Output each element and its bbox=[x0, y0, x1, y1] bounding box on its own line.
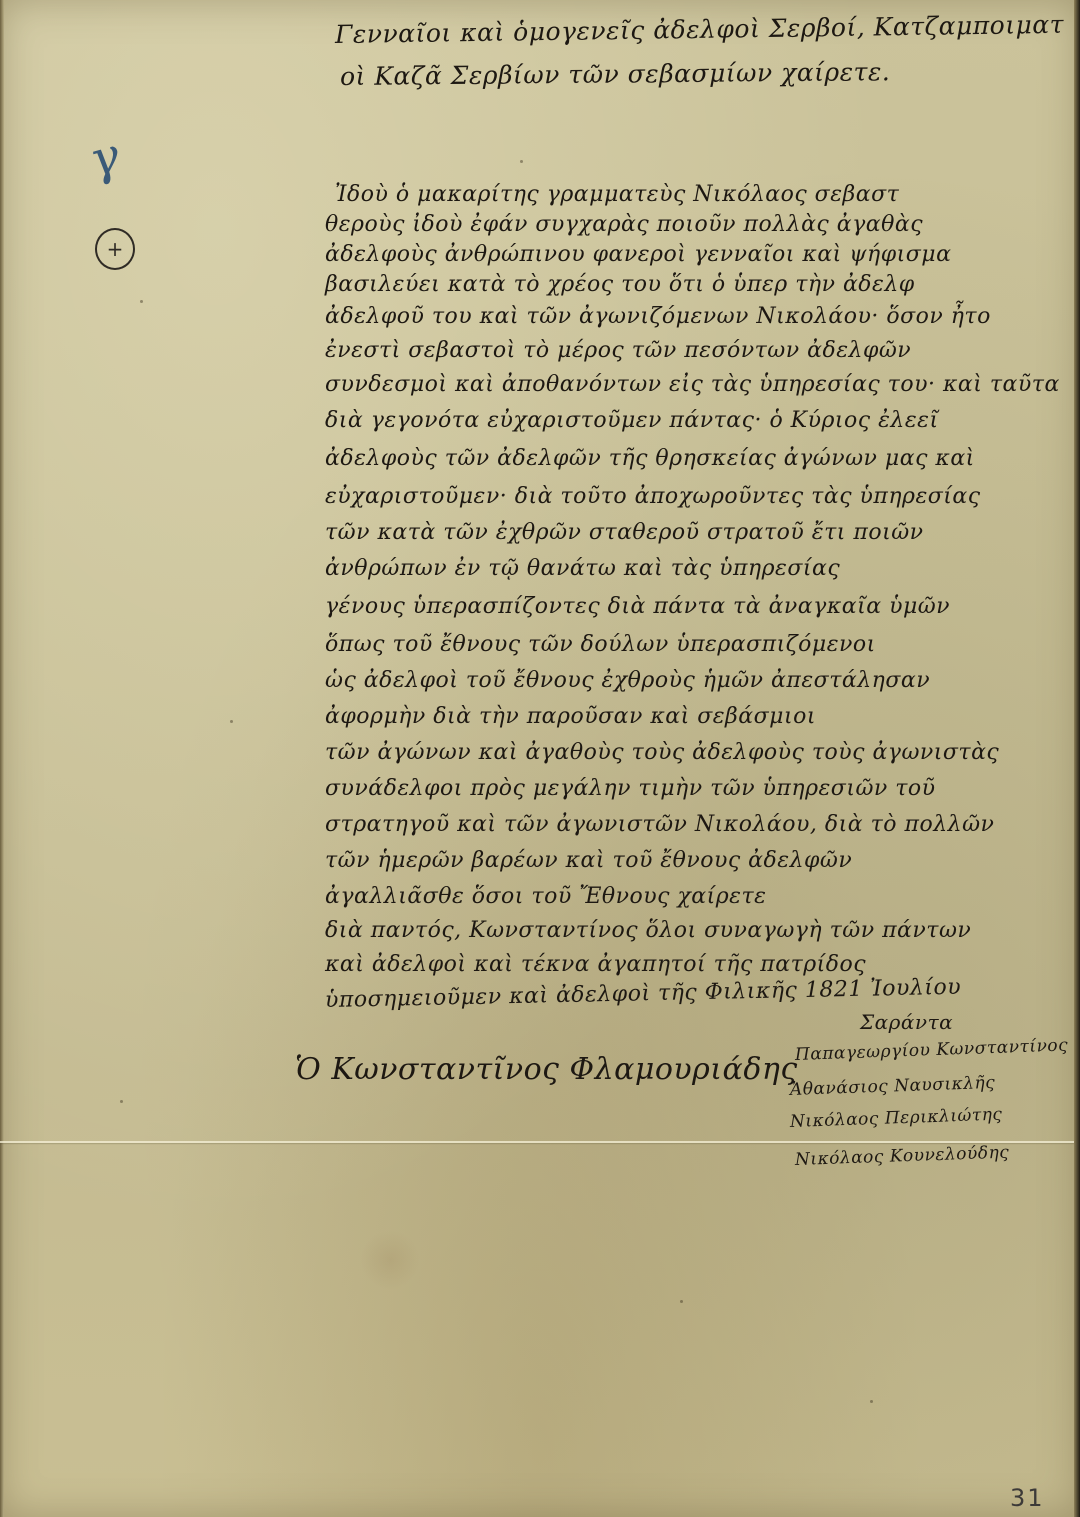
archive-page-number: 31 bbox=[1010, 1484, 1045, 1512]
body-line: ἀδελφοῦ του καὶ τῶν ἀγωνιζόμενων Νικολάο… bbox=[325, 304, 991, 329]
body-line: Ἰδοὺ ὁ μακαρίτης γραμματεὺς Νικόλαος σεβ… bbox=[335, 182, 899, 207]
body-line: ἀφορμὴν διὰ τὴν παροῦσαν καὶ σεβάσμιοι bbox=[325, 704, 816, 729]
body-line: θεροὺς ἰδοὺ ἐφάν συγχαρὰς ποιοῦν πολλὰς … bbox=[325, 212, 923, 237]
body-line: ἐνεστὶ σεβαστοὶ τὸ μέρος τῶν πεσόντων ἀδ… bbox=[325, 338, 911, 363]
body-line: ὡς ἀδελφοὶ τοῦ ἔθνους ἐχθροὺς ἡμῶν ἀπεστ… bbox=[325, 668, 930, 693]
body-line: συνάδελφοι πρὸς μεγάλην τιμὴν τῶν ὑπηρεσ… bbox=[325, 776, 936, 801]
scan-edge-right bbox=[1074, 0, 1080, 1517]
witnesses-label: Σαράντα bbox=[860, 1010, 953, 1034]
paper-speck bbox=[230, 720, 233, 723]
body-line: ἀδελφοὺς ἀνθρώπινου φανεροὶ γενναῖοι καὶ… bbox=[325, 242, 951, 267]
margin-annotation: γ bbox=[83, 127, 125, 189]
body-line: εὐχαριστοῦμεν· διὰ τοῦτο ἀποχωροῦντες τὰ… bbox=[325, 484, 981, 509]
body-line-dated: ὑποσημειοῦμεν καὶ ἀδελφοὶ τῆς Φιλικῆς 18… bbox=[325, 975, 962, 1013]
body-line: ἀδελφοὺς τῶν ἀδελφῶν τῆς θρησκείας ἀγώνω… bbox=[325, 446, 975, 471]
paper-fold-line bbox=[0, 1141, 1074, 1143]
scan-edge-left bbox=[0, 0, 4, 1517]
body-line: ἀνθρώπων ἐν τῷ θανάτω καὶ τὰς ὑπηρεσίας bbox=[325, 556, 840, 581]
paper-speck bbox=[520, 160, 523, 163]
body-line: διὰ γεγονότα εὐχαριστοῦμεν πάντας· ὁ Κύρ… bbox=[325, 408, 939, 433]
body-line: στρατηγοῦ καὶ τῶν ἀγωνιστῶν Νικολάου, δι… bbox=[325, 812, 994, 837]
body-line: διὰ παντός, Κωνσταντίνος ὅλοι συναγωγὴ τ… bbox=[325, 918, 971, 943]
salutation-line-1: Γενναῖοι καὶ ὁμογενεῖς ἀδελφοὶ Σερβοί, Κ… bbox=[335, 10, 1064, 49]
signature: Παπαγεωργίου Κωνσταντίνος bbox=[795, 1035, 1069, 1065]
manuscript-page: γ + Γενναῖοι καὶ ὁμογενεῖς ἀδελφοὶ Σερβο… bbox=[0, 0, 1080, 1517]
body-line: βασιλεύει κατὰ τὸ χρέος του ὅτι ὁ ὑπερ τ… bbox=[325, 272, 915, 297]
paper-speck bbox=[120, 1100, 123, 1103]
body-line: καὶ ἀδελφοὶ καὶ τέκνα ἀγαπητοί τῆς πατρί… bbox=[325, 952, 866, 977]
body-line: ὅπως τοῦ ἔθνους τῶν δούλων ὑπερασπιζόμεν… bbox=[325, 632, 876, 657]
circled-cross-mark: + bbox=[95, 228, 135, 270]
body-line: τῶν ἡμερῶν βαρέων καὶ τοῦ ἔθνους ἀδελφῶν bbox=[325, 848, 852, 873]
signature: Νικόλαος Κουνελούδης bbox=[795, 1143, 1010, 1170]
paper-speck bbox=[140, 300, 143, 303]
body-line: ἀγαλλιᾶσθε ὅσοι τοῦ Ἔθνους χαίρετε bbox=[325, 884, 766, 909]
salutation-line-2: οὶ Καζᾶ Σερβίων τῶν σεβασμίων χαίρετε. bbox=[340, 57, 891, 91]
paper-stain bbox=[360, 1230, 420, 1290]
body-line: συνδεσμοὶ καὶ ἀποθανόντων εἰς τὰς ὑπηρεσ… bbox=[325, 372, 1060, 397]
body-line: τῶν ἀγώνων καὶ ἀγαθοὺς τοὺς ἀδελφοὺς τοὺ… bbox=[325, 740, 999, 765]
body-line: τῶν κατὰ τῶν ἐχθρῶν σταθεροῦ στρατοῦ ἔτι… bbox=[325, 520, 924, 545]
paper-speck bbox=[680, 1300, 683, 1303]
paper-speck bbox=[870, 1400, 873, 1403]
signature: Νικόλαος Περικλιώτης bbox=[790, 1105, 1003, 1132]
sender-signature: Ὁ Κωνσταντῖνος Φλαμουριάδης bbox=[295, 1052, 798, 1087]
signature: Ἀθανάσιος Ναυσικλῆς bbox=[790, 1073, 996, 1100]
body-line: γένους ὑπερασπίζοντες διὰ πάντα τὰ ἀναγκ… bbox=[325, 594, 950, 619]
